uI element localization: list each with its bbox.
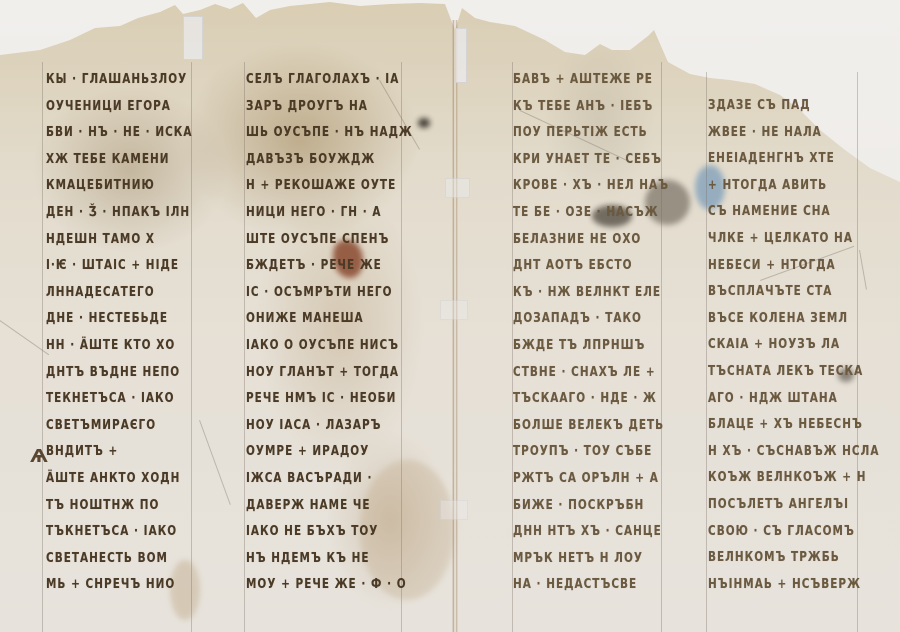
text-line: ШЬ ОУСЪПЕ · НЪ НАДЖ [246, 119, 413, 146]
paper-repair-strip [440, 300, 468, 320]
text-line: КЫ · ГЛАШАНЬЗЛОУ [46, 66, 192, 93]
text-line: ЖВЕЕ · НЕ НАЛА [708, 119, 879, 146]
text-line: ЧЛКЕ + ЦЕЛКАТО НА [708, 225, 879, 252]
text-line: БЖДЕ ТЪ ЛПРНШЪ [513, 332, 669, 359]
paper-repair-strip [440, 500, 468, 520]
text-line: НИЦИ НЕГО · ГН · А [246, 199, 413, 226]
text-line: ТЕКНЕТЪСА · ІАКО [46, 385, 192, 412]
text-line: БАВЪ + АШТЕЖЕ РЕ [513, 66, 669, 93]
text-line: КЪ · НЖ ВЕЛНКТ ЕЛЕ [513, 279, 669, 306]
text-line: ХЖ ТЕБЕ КАМЕНИ [46, 146, 192, 173]
text-line: СВЕТЪМИРАЄГО [46, 412, 192, 439]
text-line: ДНТ АОТЪ ЕБСТО [513, 252, 669, 279]
text-line: СВЕТАНЕСТЬ ВОМ [46, 545, 192, 572]
text-line: ДНЕ · НЕСТЕБЬДЕ [46, 305, 192, 332]
text-line: КРИ УНАЕТ ТЕ · СЕБЪ [513, 146, 669, 173]
text-line: РЕЧЕ НМЪ ІС · НЕОБИ [246, 385, 413, 412]
central-fold [452, 20, 458, 632]
text-line: СЪ НАМЕНИЕ СНА [708, 198, 879, 225]
text-line: НН · ӒШТЕ КТО ХО [46, 332, 192, 359]
text-line: НДЕШН ТАМО Х [46, 226, 192, 253]
text-line: БВИ · НЪ · НЕ · ИСКА [46, 119, 192, 146]
text-line: ВНДИТЪ + [46, 438, 192, 465]
text-line: ЕНЕІАДЕНГНЪ ХТЕ [708, 145, 879, 172]
text-line: ДЕН · Ǯ · НПАКЪ ІЛН [46, 199, 192, 226]
text-line: ТЕ БЕ · ОЗЕ · НАСЪЖ [513, 199, 669, 226]
text-line: ТЪ НОШТНЖ ПО [46, 492, 192, 519]
text-line: НЪ НДЕМЪ КЪ НЕ [246, 545, 413, 572]
text-line: МОУ + РЕЧЕ ЖЕ · Ф · О [246, 571, 413, 598]
text-line: ЗАРЪ ДРОУГЪ НА [246, 93, 413, 120]
text-line: ДАВЪЗЪ БОУЖДЖ [246, 146, 413, 173]
text-line: ДАВЕРЖ НАМЕ ЧЕ [246, 492, 413, 519]
text-line: ЛННАДЕСАТЕГО [46, 279, 192, 306]
text-line: АГО · НДЖ ШТАНА [708, 385, 879, 412]
text-line: ОУЧЕНИЦИ ЕГОРА [46, 93, 192, 120]
text-line: НЕБЕСИ + НТОГДА [708, 252, 879, 279]
text-line: СЕЛЪ ГЛАГОЛАХЪ · ІА [246, 66, 413, 93]
text-line: БЖДЕТЪ · РЕЧЕ ЖЕ [246, 252, 413, 279]
text-line: ВЪСЕ КОЛЕНА ЗЕМЛ [708, 305, 879, 332]
text-line: ІЖСА ВАСЪРАДИ · [246, 465, 413, 492]
text-line: НОУ ІАСА · ЛАЗАРЪ [246, 412, 413, 439]
text-line: ОНИЖЕ МАНЕША [246, 305, 413, 332]
text-line: ШТЕ ОУСЪПЕ СПЕНЪ [246, 226, 413, 253]
paper-repair-strip [455, 28, 467, 83]
text-line: БОЛШЕ ВЕЛЕКЪ ДЕТЬ [513, 412, 669, 439]
text-line: РЖТЪ СА ОРЪЛН + А [513, 465, 669, 492]
text-line: ТРОУПЪ · ТОУ СЪБЕ [513, 438, 669, 465]
text-line: СВОЮ · СЪ ГЛАСОМЪ [708, 518, 879, 545]
text-line: ДОЗАПАДЪ · ТАКО [513, 305, 669, 332]
text-line: ТЪСКААГО · НДЕ · Ж [513, 385, 669, 412]
text-line: СТВНЕ · СНАХЪ ЛЕ + [513, 359, 669, 386]
text-line: СКАІА + НОУЗЪ ЛА [708, 331, 879, 358]
text-line: ТЪКНЕТЪСА · ІАКО [46, 518, 192, 545]
text-line: Н + РЕКОШАЖЕ ОУТЕ [246, 172, 413, 199]
text-column-left-2: СЕЛЪ ГЛАГОЛАХЪ · ІА ЗАРЪ ДРОУГЪ НА ШЬ ОУ… [246, 66, 440, 598]
text-column-left-1: КЫ · ГЛАШАНЬЗЛОУ ОУЧЕНИЦИ ЕГОРА БВИ · НЪ… [46, 66, 216, 598]
text-line: ІАКО НЕ БЪХЪ ТОУ [246, 518, 413, 545]
text-line: + НТОГДА АВИТЬ [708, 172, 879, 199]
text-line: ЗДАЗЕ СЪ ПАД [708, 92, 879, 119]
text-line: ПОУ ПЕРЬТІЖ ЕСТЬ [513, 119, 669, 146]
text-line: КРОВЕ · ХЪ · НЕЛ НАЪ [513, 172, 669, 199]
text-column-right-2: ЗДАЗЕ СЪ ПАД ЖВЕЕ · НЕ НАЛА ЕНЕІАДЕНГНЪ … [708, 92, 900, 597]
paper-repair-strip [445, 178, 470, 198]
text-line: БЕЛАЗНИЕ НЕ ОХО [513, 226, 669, 253]
text-line: ӒШТЕ АНКТО ХОДН [46, 465, 192, 492]
text-line: НЪІНМАЬ + НСЪВЕРЖ [708, 571, 879, 598]
text-line: МЬ + СНРЕЧЪ НИО [46, 571, 192, 598]
text-line: І·Ѥ · ШТАІС + НІДЕ [46, 252, 192, 279]
text-line: НОУ ГЛАНЪТ + ТОГДА [246, 359, 413, 386]
text-line: ВЕЛНКОМЪ ТРЖБЬ [708, 544, 879, 571]
text-line: КЪ ТЕБЕ АНЪ · ІЕБЪ [513, 93, 669, 120]
text-line: ВЪСПЛАЧЪТЕ СТА [708, 278, 879, 305]
text-line: Н ХЪ · СЪСНАВЪЖ НСЛА [708, 438, 879, 465]
text-line: ДНТЪ ВЪДНЕ НЕПО [46, 359, 192, 386]
text-line: ДНН НТЪ ХЪ · САНЦЕ [513, 518, 669, 545]
text-line: ПОСЪЛЕТЪ АНГЕЛЪІ [708, 491, 879, 518]
marginal-initial: Ѧ [30, 446, 48, 467]
text-line: МРЪК НЕТЪ Н ЛОУ [513, 545, 669, 572]
text-line: НА · НЕДАСТЪСВЕ [513, 571, 669, 598]
text-line: ТЪСНАТА ЛЕКЪ ТЕСКА [708, 358, 879, 385]
text-line: КМАЦЕБИТНИЮ [46, 172, 192, 199]
text-line: БИЖЕ · ПОСКРЪБН [513, 492, 669, 519]
text-column-right-1: БАВЪ + АШТЕЖЕ РЕ КЪ ТЕБЕ АНЪ · ІЕБЪ ПОУ … [513, 66, 694, 598]
text-line: БЛАЦЕ + ХЪ НЕБЕСНЪ [708, 411, 879, 438]
text-line: ОУМРЕ + ИРАДОУ [246, 438, 413, 465]
paper-repair-strip [183, 16, 203, 60]
text-line: КОЪЖ ВЕЛНКОЪЖ + Н [708, 464, 879, 491]
text-line: ІАКО О ОУСЪПЕ НИСЪ [246, 332, 413, 359]
text-line: ІС · ОСЪМРЪТИ НЕГО [246, 279, 413, 306]
